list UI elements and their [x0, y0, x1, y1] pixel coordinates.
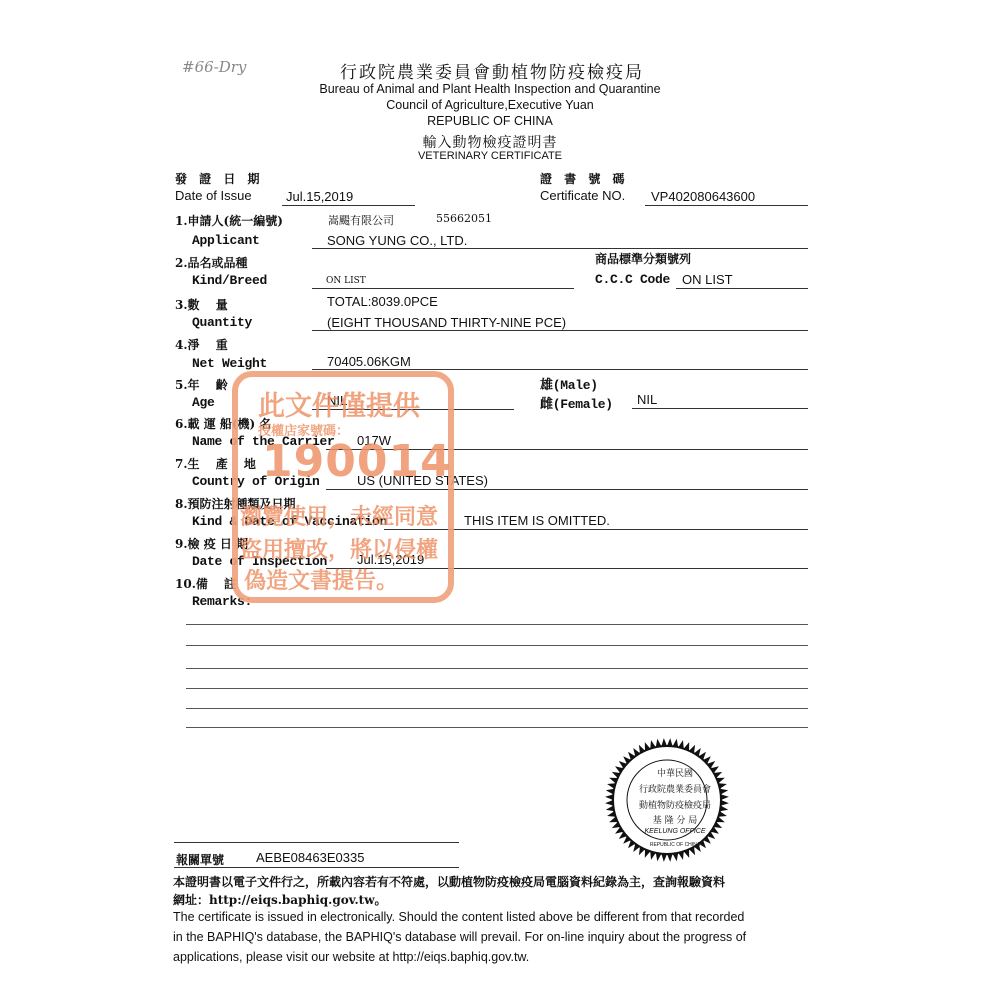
country-title: REPUBLIC OF CHINA	[300, 114, 680, 128]
net-weight-value: 70405.06KGM	[327, 354, 411, 369]
watermark-number: 190014	[262, 436, 452, 487]
kind-label: Kind/Breed	[192, 273, 267, 288]
cert-no-value: VP402080643600	[651, 189, 755, 204]
handwritten-note: #66-Dry	[182, 58, 246, 76]
net-weight-label-zh: 4.淨 重	[175, 336, 228, 353]
footer-en-line2: in the BAPHIQ's database, the BAPHIQ's d…	[173, 927, 746, 947]
watermark-line3: 瀏覽使用，未經同意	[240, 500, 438, 531]
agency-title-en: Bureau of Animal and Plant Health Inspec…	[300, 82, 680, 96]
issue-date-value: Jul.15,2019	[286, 189, 353, 204]
declaration-label: 報關單號	[176, 851, 224, 868]
female-value: NIL	[637, 392, 657, 407]
age-label-zh: 5.年 齡	[175, 376, 228, 393]
female-label: 雌(Female)	[540, 393, 613, 412]
cert-no-label-zh: 證 書 號 碼	[540, 170, 629, 187]
quantity-words: (EIGHT THOUSAND THIRTY-NINE PCE)	[327, 315, 566, 330]
kind-label-zh: 2.品名或品種	[175, 254, 248, 271]
seal-line1: 中華民國	[640, 766, 710, 779]
applicant-label-zh: 1.申請人(統一編號)	[175, 212, 283, 229]
seal-line3: 動植物防疫檢疫局	[620, 798, 730, 811]
issue-date-label-zh: 發 證 日 期	[175, 170, 264, 187]
seal-line4: 基 隆 分 局	[640, 813, 710, 826]
applicant-label: Applicant	[192, 233, 260, 248]
quantity-label-zh: 3.數 量	[175, 296, 228, 313]
agency-title-zh: 行政院農業委員會動植物防疫檢疫局	[340, 58, 644, 83]
footer-zh-line2: 網址：http://eiqs.baphiq.gov.tw。	[173, 891, 387, 908]
applicant-name-zh: 嵩颺有限公司	[328, 212, 394, 228]
cert-no-label: Certificate NO.	[540, 188, 625, 203]
issue-date-label: Date of Issue	[175, 188, 252, 203]
declaration-value: AEBE08463E0335	[256, 850, 364, 865]
seal-line2: 行政院農業委員會	[620, 782, 730, 795]
seal-country: REPUBLIC OF CHINA	[640, 842, 710, 848]
doc-title-zh: 輸入動物檢疫證明書	[300, 132, 680, 152]
ccc-label: C.C.C Code	[595, 272, 670, 287]
doc-title-en: VETERINARY CERTIFICATE	[300, 150, 680, 162]
ccc-value: ON LIST	[682, 272, 733, 287]
council-title: Council of Agriculture,Executive Yuan	[300, 98, 680, 112]
vaccination-value: THIS ITEM IS OMITTED.	[464, 513, 610, 528]
net-weight-label: Net Weight	[192, 356, 267, 371]
ccc-label-zh: 商品標準分類號列	[595, 250, 691, 267]
watermark-line1: 此文件僅提供	[258, 384, 420, 423]
remarks-label-zh: 10.備 註	[175, 575, 236, 592]
watermark-line4: 盜用擅改，將以侵權	[240, 533, 438, 564]
applicant-tax-id: 55662051	[436, 212, 492, 225]
kind-value: ON LIST	[326, 276, 366, 286]
male-label: 雄(Male)	[540, 374, 598, 393]
seal-office: KEELUNG OFFICE	[633, 828, 717, 835]
quantity-label: Quantity	[192, 315, 252, 330]
footer-en-line1: The certificate is issued in electronica…	[173, 907, 744, 927]
age-label: Age	[192, 395, 215, 410]
watermark-line5: 偽造文書提告。	[244, 564, 398, 595]
footer-zh-line1: 本證明書以電子文件行之，所載內容若有不符處，以動植物防疫檢疫局電腦資料紀錄為主，…	[173, 873, 725, 890]
quantity-value: TOTAL:8039.0PCE	[327, 294, 438, 309]
applicant-value: SONG YUNG CO., LTD.	[327, 233, 467, 248]
footer-en-line3: applications, please visit our website a…	[173, 947, 529, 967]
